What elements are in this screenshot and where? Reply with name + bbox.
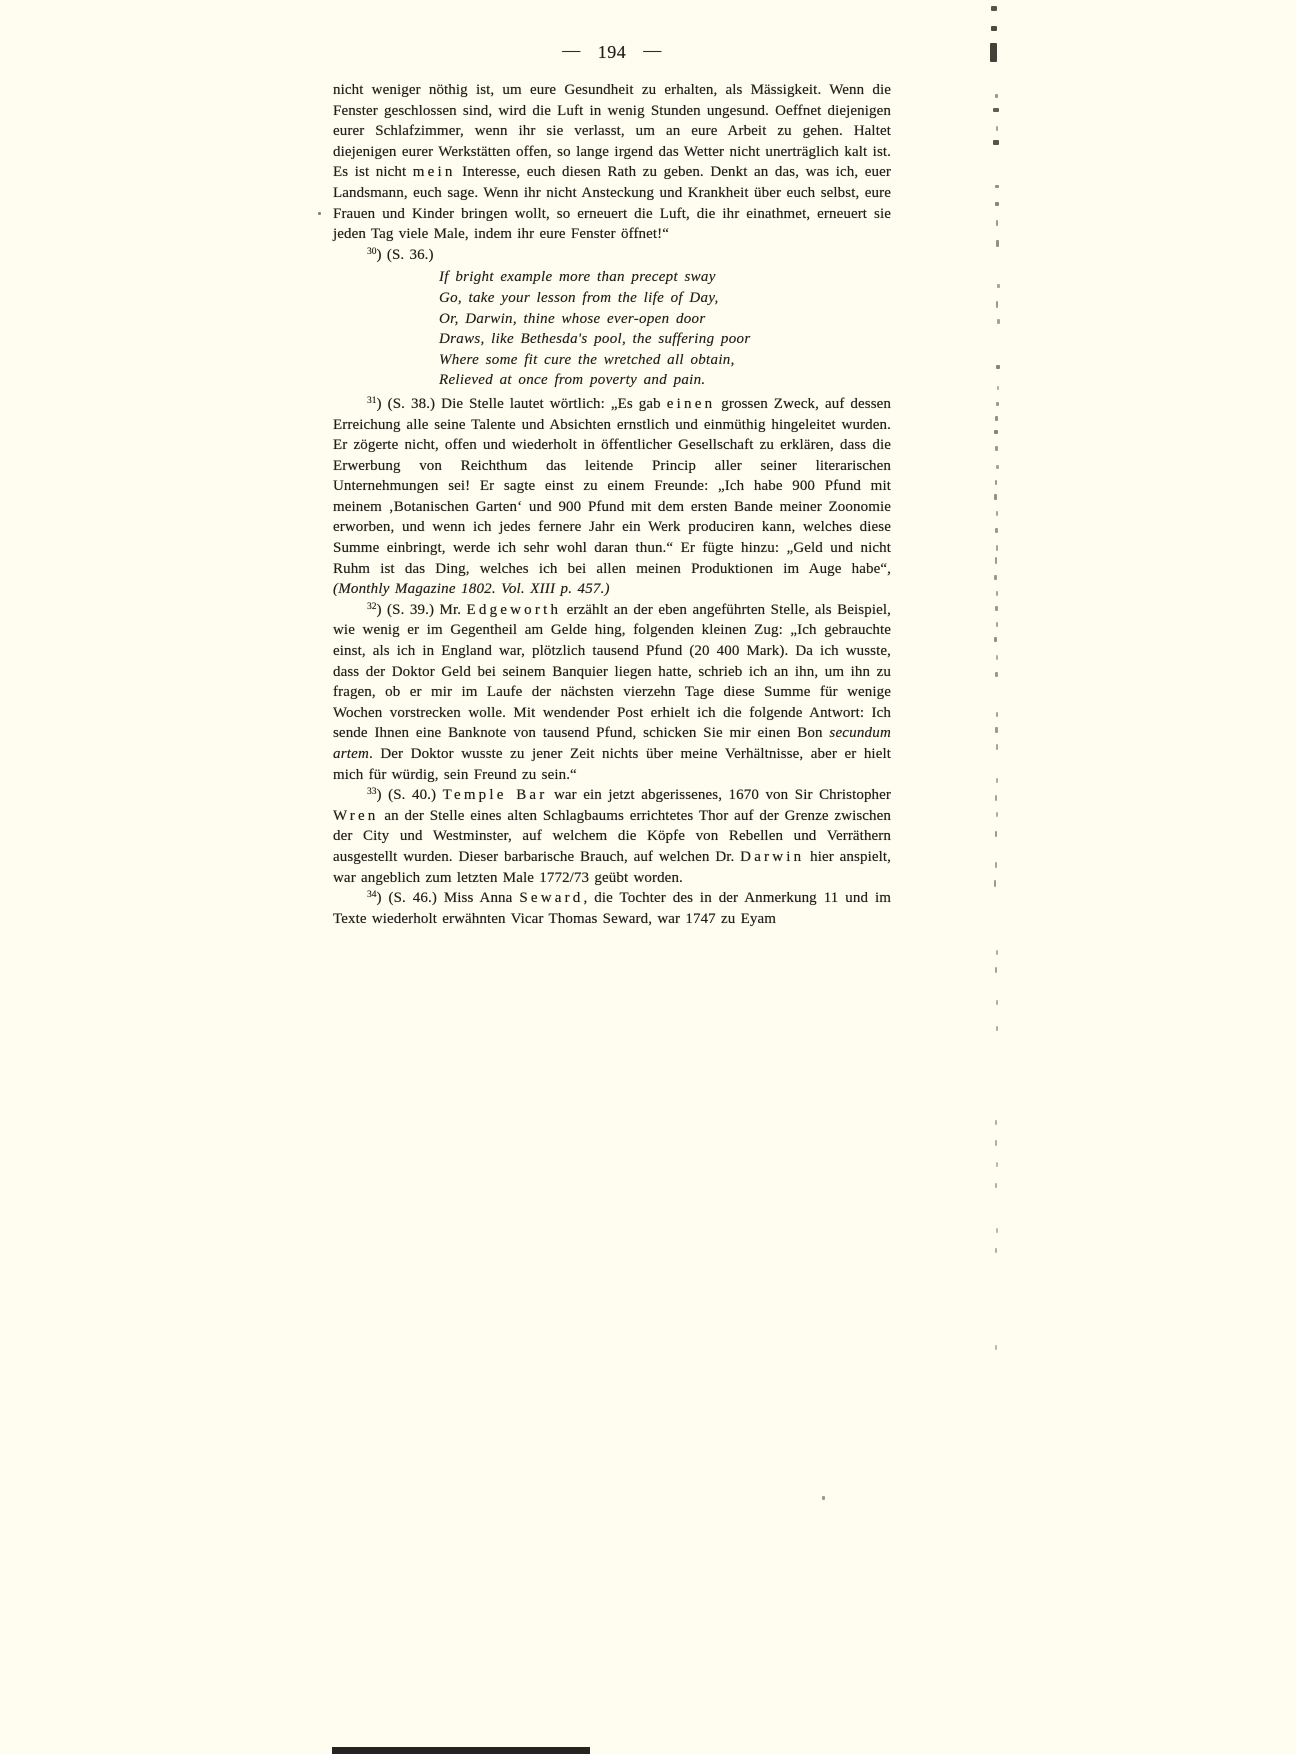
poem-line: Draws, like Bethesda's pool, the sufferi… xyxy=(439,329,891,350)
footnote-number: 33 xyxy=(367,787,377,797)
body-text: ) (S. 39.) Mr. xyxy=(377,602,467,618)
spaced-name: Darwin xyxy=(740,849,804,865)
scan-speck-artifact xyxy=(996,812,998,817)
scan-speck-artifact xyxy=(996,591,998,596)
scan-speck-artifact xyxy=(994,430,998,434)
scan-speck-artifact xyxy=(997,284,1000,288)
poem-line: Go, take your lesson from the life of Da… xyxy=(439,288,891,309)
poem-quote: If bright example more than precept sway… xyxy=(439,267,891,391)
scan-speck-artifact xyxy=(994,880,996,887)
italic-text: (Monthly Magazine 1802. Vol. XIII p. 457… xyxy=(333,581,610,597)
spaced-name: Seward xyxy=(519,890,583,906)
body-text: grossen Zweck, auf dessen Erreichung all… xyxy=(333,396,891,577)
scan-speck-artifact xyxy=(997,386,999,390)
scan-edge-artifact xyxy=(332,1747,590,1754)
poem-line: Relieved at once from poverty and pain. xyxy=(439,370,891,391)
spaced-name: mein xyxy=(413,164,456,180)
scan-speck-artifact xyxy=(318,212,321,215)
spaced-name: einen xyxy=(667,396,715,412)
scan-speck-artifact xyxy=(996,655,998,660)
scan-speck-artifact xyxy=(995,672,998,677)
scan-speck-artifact xyxy=(991,26,997,31)
body-text: erzählt an der eben angeführten Stelle, … xyxy=(333,602,891,742)
scan-speck-artifact xyxy=(995,1248,997,1253)
body-text: ) (S. 38.) Die Stelle lautet wörtlich: „… xyxy=(377,396,667,412)
scan-speck-artifact xyxy=(996,545,998,551)
scan-speck-artifact xyxy=(995,1120,997,1125)
page-number: 194 xyxy=(598,42,627,62)
scan-speck-artifact xyxy=(996,301,998,308)
scan-speck-artifact xyxy=(995,1140,997,1146)
paragraph-continuation: nicht weniger nöthig ist, um eure Gesund… xyxy=(333,80,891,245)
scan-speck-artifact xyxy=(995,480,997,485)
page-header: —194— xyxy=(333,42,891,63)
body-text: ) (S. 46.) Miss Anna xyxy=(377,890,520,906)
scanned-book-page: —194— nicht weniger nöthig ist, um eure … xyxy=(0,0,1296,1754)
scan-speck-artifact xyxy=(990,43,997,62)
scan-speck-artifact xyxy=(996,1228,998,1233)
footnote-number: 34 xyxy=(367,890,377,900)
scan-speck-artifact xyxy=(996,712,998,717)
scan-speck-artifact xyxy=(996,1000,998,1005)
scan-speck-artifact xyxy=(995,446,998,451)
scan-speck-artifact xyxy=(994,637,997,642)
scan-speck-artifact xyxy=(997,319,1000,324)
scan-speck-artifact xyxy=(996,1026,998,1031)
header-left-dash: — xyxy=(562,40,581,60)
scan-speck-artifact xyxy=(996,622,998,627)
scan-speck-artifact xyxy=(995,557,997,564)
scan-speck-artifact xyxy=(995,795,997,801)
scan-speck-artifact xyxy=(996,465,999,469)
scan-speck-artifact xyxy=(993,140,999,145)
footnote-34: 34) (S. 46.) Miss Anna Seward, die Tocht… xyxy=(333,888,891,929)
poem-line: Where some fit cure the wretched all obt… xyxy=(439,350,891,371)
footnote-number: 30 xyxy=(367,247,377,257)
spaced-name: Edgeworth xyxy=(467,602,562,618)
scan-speck-artifact xyxy=(995,727,998,733)
scan-speck-artifact xyxy=(995,94,998,98)
body-text: . Der Doktor wusste zu jener Zeit nichts… xyxy=(333,746,891,783)
footnote-number: 31 xyxy=(367,396,377,406)
footnote-number: 32 xyxy=(367,602,377,612)
scan-speck-artifact xyxy=(994,575,997,580)
scan-speck-artifact xyxy=(822,1496,825,1500)
scan-speck-artifact xyxy=(995,831,997,837)
spaced-name: Wren xyxy=(333,808,379,824)
poem-line: If bright example more than precept sway xyxy=(439,267,891,288)
body-text: war ein jetzt abgerissenes, 1670 von Sir… xyxy=(547,787,891,803)
header-right-dash: — xyxy=(643,40,662,60)
scan-speck-artifact xyxy=(995,1345,997,1350)
scan-speck-artifact xyxy=(996,778,998,783)
scan-speck-artifact xyxy=(991,6,997,11)
footnote-30: 30) (S. 36.) xyxy=(333,245,891,266)
scan-speck-artifact xyxy=(995,185,999,188)
scan-speck-artifact xyxy=(996,1162,998,1167)
scan-speck-artifact xyxy=(996,126,998,131)
scan-speck-artifact xyxy=(996,365,1000,369)
scan-speck-artifact xyxy=(995,416,998,421)
scan-speck-artifact xyxy=(996,511,998,516)
scan-speck-artifact xyxy=(995,528,998,533)
footnote-33: 33) (S. 40.) Temple Bar war ein jetzt ab… xyxy=(333,785,891,888)
scan-speck-artifact xyxy=(996,220,998,226)
scan-speck-artifact xyxy=(996,950,998,955)
scan-speck-artifact xyxy=(996,402,999,406)
scan-speck-artifact xyxy=(995,1183,997,1188)
scan-speck-artifact xyxy=(995,967,997,973)
poem-line: Or, Darwin, thine whose ever-open door xyxy=(439,309,891,330)
body-text: ) (S. 36.) xyxy=(377,247,434,263)
spaced-name: Temple Bar xyxy=(443,787,548,803)
scan-speck-artifact xyxy=(994,494,997,500)
scan-speck-artifact xyxy=(996,744,998,750)
scan-speck-artifact xyxy=(995,862,997,868)
scan-speck-artifact xyxy=(995,202,999,206)
footnote-31: 31) (S. 38.) Die Stelle lautet wörtlich:… xyxy=(333,394,891,600)
scan-speck-artifact xyxy=(996,240,999,247)
scan-speck-artifact xyxy=(993,108,999,112)
scan-speck-artifact xyxy=(995,606,998,611)
footnote-32: 32) (S. 39.) Mr. Edgeworth erzählt an de… xyxy=(333,600,891,785)
text-block: nicht weniger nöthig ist, um eure Gesund… xyxy=(333,80,891,929)
body-text: ) (S. 40.) xyxy=(377,787,443,803)
